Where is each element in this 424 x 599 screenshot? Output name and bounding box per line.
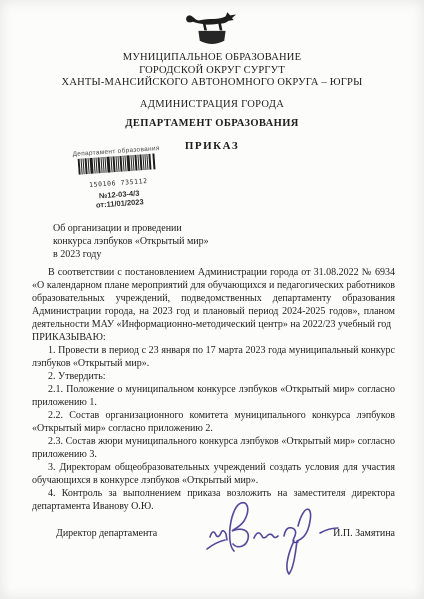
- scanned-order-document: МУНИЦИПАЛЬНОЕ ОБРАЗОВАНИЕ ГОРОДСКОЙ ОКРУ…: [0, 0, 424, 599]
- municipality-header: МУНИЦИПАЛЬНОЕ ОБРАЗОВАНИЕ ГОРОДСКОЙ ОКРУ…: [0, 52, 424, 90]
- paragraph-item-2: 2. Утвердить:: [32, 370, 395, 383]
- administration-line: АДМИНИСТРАЦИЯ ГОРОДА: [0, 99, 424, 110]
- paragraph-item-2-2: 2.2. Состав организационного комитета му…: [32, 409, 395, 435]
- department-line: ДЕПАРТАМЕНТ ОБРАЗОВАНИЯ: [0, 118, 424, 129]
- order-subject: Об организации и проведении конкурса лэп…: [53, 222, 253, 261]
- paragraph-preamble: В соответствии с постановлением Админист…: [32, 266, 395, 331]
- barcode-number: 150106 735112: [88, 177, 149, 189]
- signer-position: Директор департамента: [56, 527, 157, 540]
- signature-block: Директор департамента И.П. Замятина: [56, 527, 395, 540]
- registration-stamp: Департамент образования 1501: [55, 144, 181, 212]
- order-body: В соответствии с постановлением Админист…: [32, 266, 395, 513]
- paragraph-item-4: 4. Контроль за выполнением приказа возло…: [32, 487, 395, 513]
- document-type-title: ПРИКАЗ: [0, 140, 424, 152]
- fox-coat-of-arms-icon: [183, 8, 241, 50]
- paragraph-prikazyvayu: ПРИКАЗЫВАЮ:: [32, 331, 395, 344]
- emblem-container: [0, 0, 424, 50]
- signer-name: И.П. Замятина: [333, 527, 395, 540]
- paragraph-item-2-1: 2.1. Положение о муниципальном конкурсе …: [32, 383, 395, 409]
- paragraph-item-1: 1. Провести в период с 23 января по 17 м…: [32, 344, 395, 370]
- paragraph-item-3: 3. Директорам общеобразовательных учрежд…: [32, 461, 395, 487]
- paragraph-item-2-3: 2.3. Состав жюри муниципального конкурса…: [32, 435, 395, 461]
